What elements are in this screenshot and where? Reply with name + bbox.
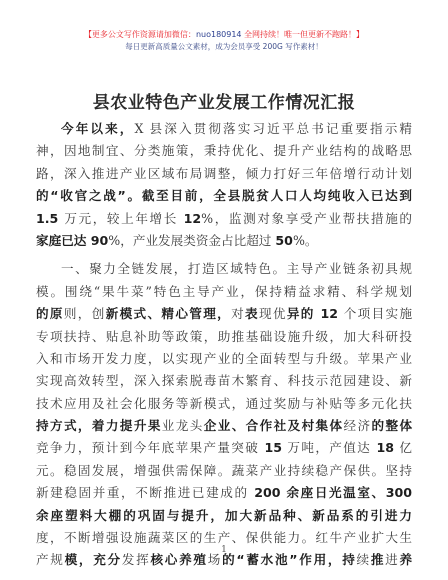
text-run: %，监测对象享受产业帮扶措施的 xyxy=(201,211,412,226)
text-run: 技术应用及社会化服务等新模式，通过奖励与补贴等多元化扶 xyxy=(36,396,412,411)
text-run: 专项扶持、贴息补助等政策，助推基础设施升级，加大科研投 xyxy=(36,329,412,344)
text-run: 现优 xyxy=(259,306,287,321)
text-line: 技术应用及社会化服务等新模式，通过奖励与补贴等多元化扶 xyxy=(36,393,412,415)
bold-text-run: 50 xyxy=(275,233,293,248)
text-run: 新建稳固并重，不断推进已建成的 xyxy=(36,485,254,500)
text-line: 1.5 万元，较上年增长 12%，监测对象享受产业帮扶措施的 xyxy=(36,208,412,230)
bold-text-run: 余座塑料大棚的巩固与提升，加大新品种、新品系的引进力 xyxy=(36,508,412,523)
bold-text-run: 企业、合作社及村集体 xyxy=(204,418,344,433)
bold-text-run: 15 xyxy=(265,440,283,455)
text-run: 亿 xyxy=(394,440,412,455)
text-run: 万元，较上年增长 xyxy=(64,211,183,226)
text-line: 模。围绕“果牛菜”特色主导产业，保持精益求精、科学规划 xyxy=(36,281,412,303)
bold-text-run: 18 xyxy=(377,440,395,455)
promo-banner-line2: 每日更新高质量公文素材，成为会员享受 200G 写作素材！ xyxy=(0,41,448,52)
text-run: 一、聚力全链发展，打造区域特色。主导产业链条初具规 xyxy=(61,261,412,276)
text-run: 则，创 xyxy=(64,306,106,321)
bold-text-run: 1.5 xyxy=(36,211,64,226)
text-line: 路，深入推进产业区域布局调整，倾力打好三年倍增行动计划 xyxy=(36,163,412,185)
text-line: 的原则，创新模式、精心管理，对表现优异的 12 个项目实施 xyxy=(36,303,412,325)
text-line: 新建稳固并重，不断推进已建成的 200 余座日光温室、300 xyxy=(36,482,412,504)
text-line: 持方式，着力提升果业龙头企业、合作社及村集体经济的整体 xyxy=(36,415,412,437)
text-line: 专项扶持、贴息补助等政策，助推基础设施升级，加大科研投 xyxy=(36,326,412,348)
bold-text-run: 的“收官之战”。截至目前，全县脱贫人口人均纯收入已达到 xyxy=(36,188,412,203)
text-run: 路，深入推进产业区域布局调整，倾力打好三年倍增行动计划 xyxy=(36,166,412,181)
text-run: 模。围绕“果牛菜”特色主导产业，保持精益求精、科学规划 xyxy=(36,284,412,299)
text-run: 元。稳固发展，增强供需保障。蔬菜产业持续稳产保供。坚持 xyxy=(36,463,412,478)
promo-prefix: 【更多公文写作资源请加微信： xyxy=(84,30,196,39)
text-line: 今年以来，X 县深入贯彻落实习近平总书记重要指示精 xyxy=(36,118,412,140)
bold-text-run: 今年以来， xyxy=(61,121,134,136)
text-run: %。 xyxy=(293,233,318,248)
text-run: X 县深入贯彻落实习近平总书记重要指示精 xyxy=(134,121,412,136)
bold-text-run: 200 余座日光温室、300 xyxy=(254,485,412,500)
text-run: 度，不断增强设施蔬菜区的生产、保供能力。红牛产业扩大生 xyxy=(36,530,412,545)
bold-text-run: 表 xyxy=(245,306,259,321)
text-run: 神，因地制宜、分类施策，秉持优化、提升产业结构的战略思 xyxy=(36,143,412,158)
text-line: 实现高效转型，深入探索脱毒苗木繁育、科技示范园建设、新 xyxy=(36,370,412,392)
text-line: 元。稳固发展，增强供需保障。蔬菜产业持续稳产保供。坚持 xyxy=(36,460,412,482)
text-run: 实现高效转型，深入探索脱毒苗木繁育、科技示范园建设、新 xyxy=(36,373,412,388)
text-line: 家庭已达 90%，产业发展类资金占比超过 50%。 xyxy=(36,230,412,252)
text-run: 对 xyxy=(231,306,245,321)
text-run: %，产业发展类资金占比超过 xyxy=(108,233,275,248)
bold-text-run: 12 xyxy=(184,211,202,226)
text-line: 余座塑料大棚的巩固与提升，加大新品种、新品系的引进力 xyxy=(36,505,412,527)
text-line: 的“收官之战”。截至目前，全县脱贫人口人均纯收入已达到 xyxy=(36,185,412,207)
text-run: 经济 xyxy=(344,418,372,433)
document-title: 县农业特色产业发展工作情况汇报 xyxy=(0,88,448,113)
text-line: 竞争力，预计到今年底苹果产量突破 15 万吨，产值达 18 亿 xyxy=(36,437,412,459)
text-line: 一、聚力全链发展，打造区域特色。主导产业链条初具规 xyxy=(36,258,412,280)
bold-text-run: 异的 12 xyxy=(287,306,344,321)
paragraph: 一、聚力全链发展，打造区域特色。主导产业链条初具规模。围绕“果牛菜”特色主导产业… xyxy=(36,258,412,571)
text-run: 个项目实施 xyxy=(344,306,412,321)
bold-text-run: 家庭已达 90 xyxy=(36,233,108,248)
text-line: 神，因地制宜、分类施策，秉持优化、提升产业结构的战略思 xyxy=(36,140,412,162)
bold-text-run: 持方式，着力提升果 xyxy=(36,418,162,433)
paragraph: 今年以来，X 县深入贯彻落实习近平总书记重要指示精神，因地制宜、分类施策，秉持优… xyxy=(36,118,412,252)
bold-text-run: 的原 xyxy=(36,306,64,321)
text-run: 竞争力，预计到今年底苹果产量突破 xyxy=(36,440,265,455)
promo-suffix: 全网持续！唯一但更新不跑路！】 xyxy=(242,30,365,39)
bold-text-run: 的整体 xyxy=(371,418,412,433)
text-run: 业龙头 xyxy=(162,418,204,433)
document-body: 今年以来，X 县深入贯彻落实习近平总书记重要指示精神，因地制宜、分类施策，秉持优… xyxy=(36,118,412,572)
text-run: 入和市场开发力度，以实现产业的全面转型与升级。苹果产业 xyxy=(36,351,412,366)
wechat-id: nuo180914 xyxy=(196,30,242,39)
promo-banner-line1: 【更多公文写作资源请加微信：nuo180914 全网持续！唯一但更新不跑路！】 xyxy=(0,29,448,40)
page-number: 1 xyxy=(0,545,448,555)
text-run: 万吨，产值达 xyxy=(282,440,376,455)
text-line: 入和市场开发力度，以实现产业的全面转型与升级。苹果产业 xyxy=(36,348,412,370)
bold-text-run: 新模式、精心管理， xyxy=(106,306,231,321)
